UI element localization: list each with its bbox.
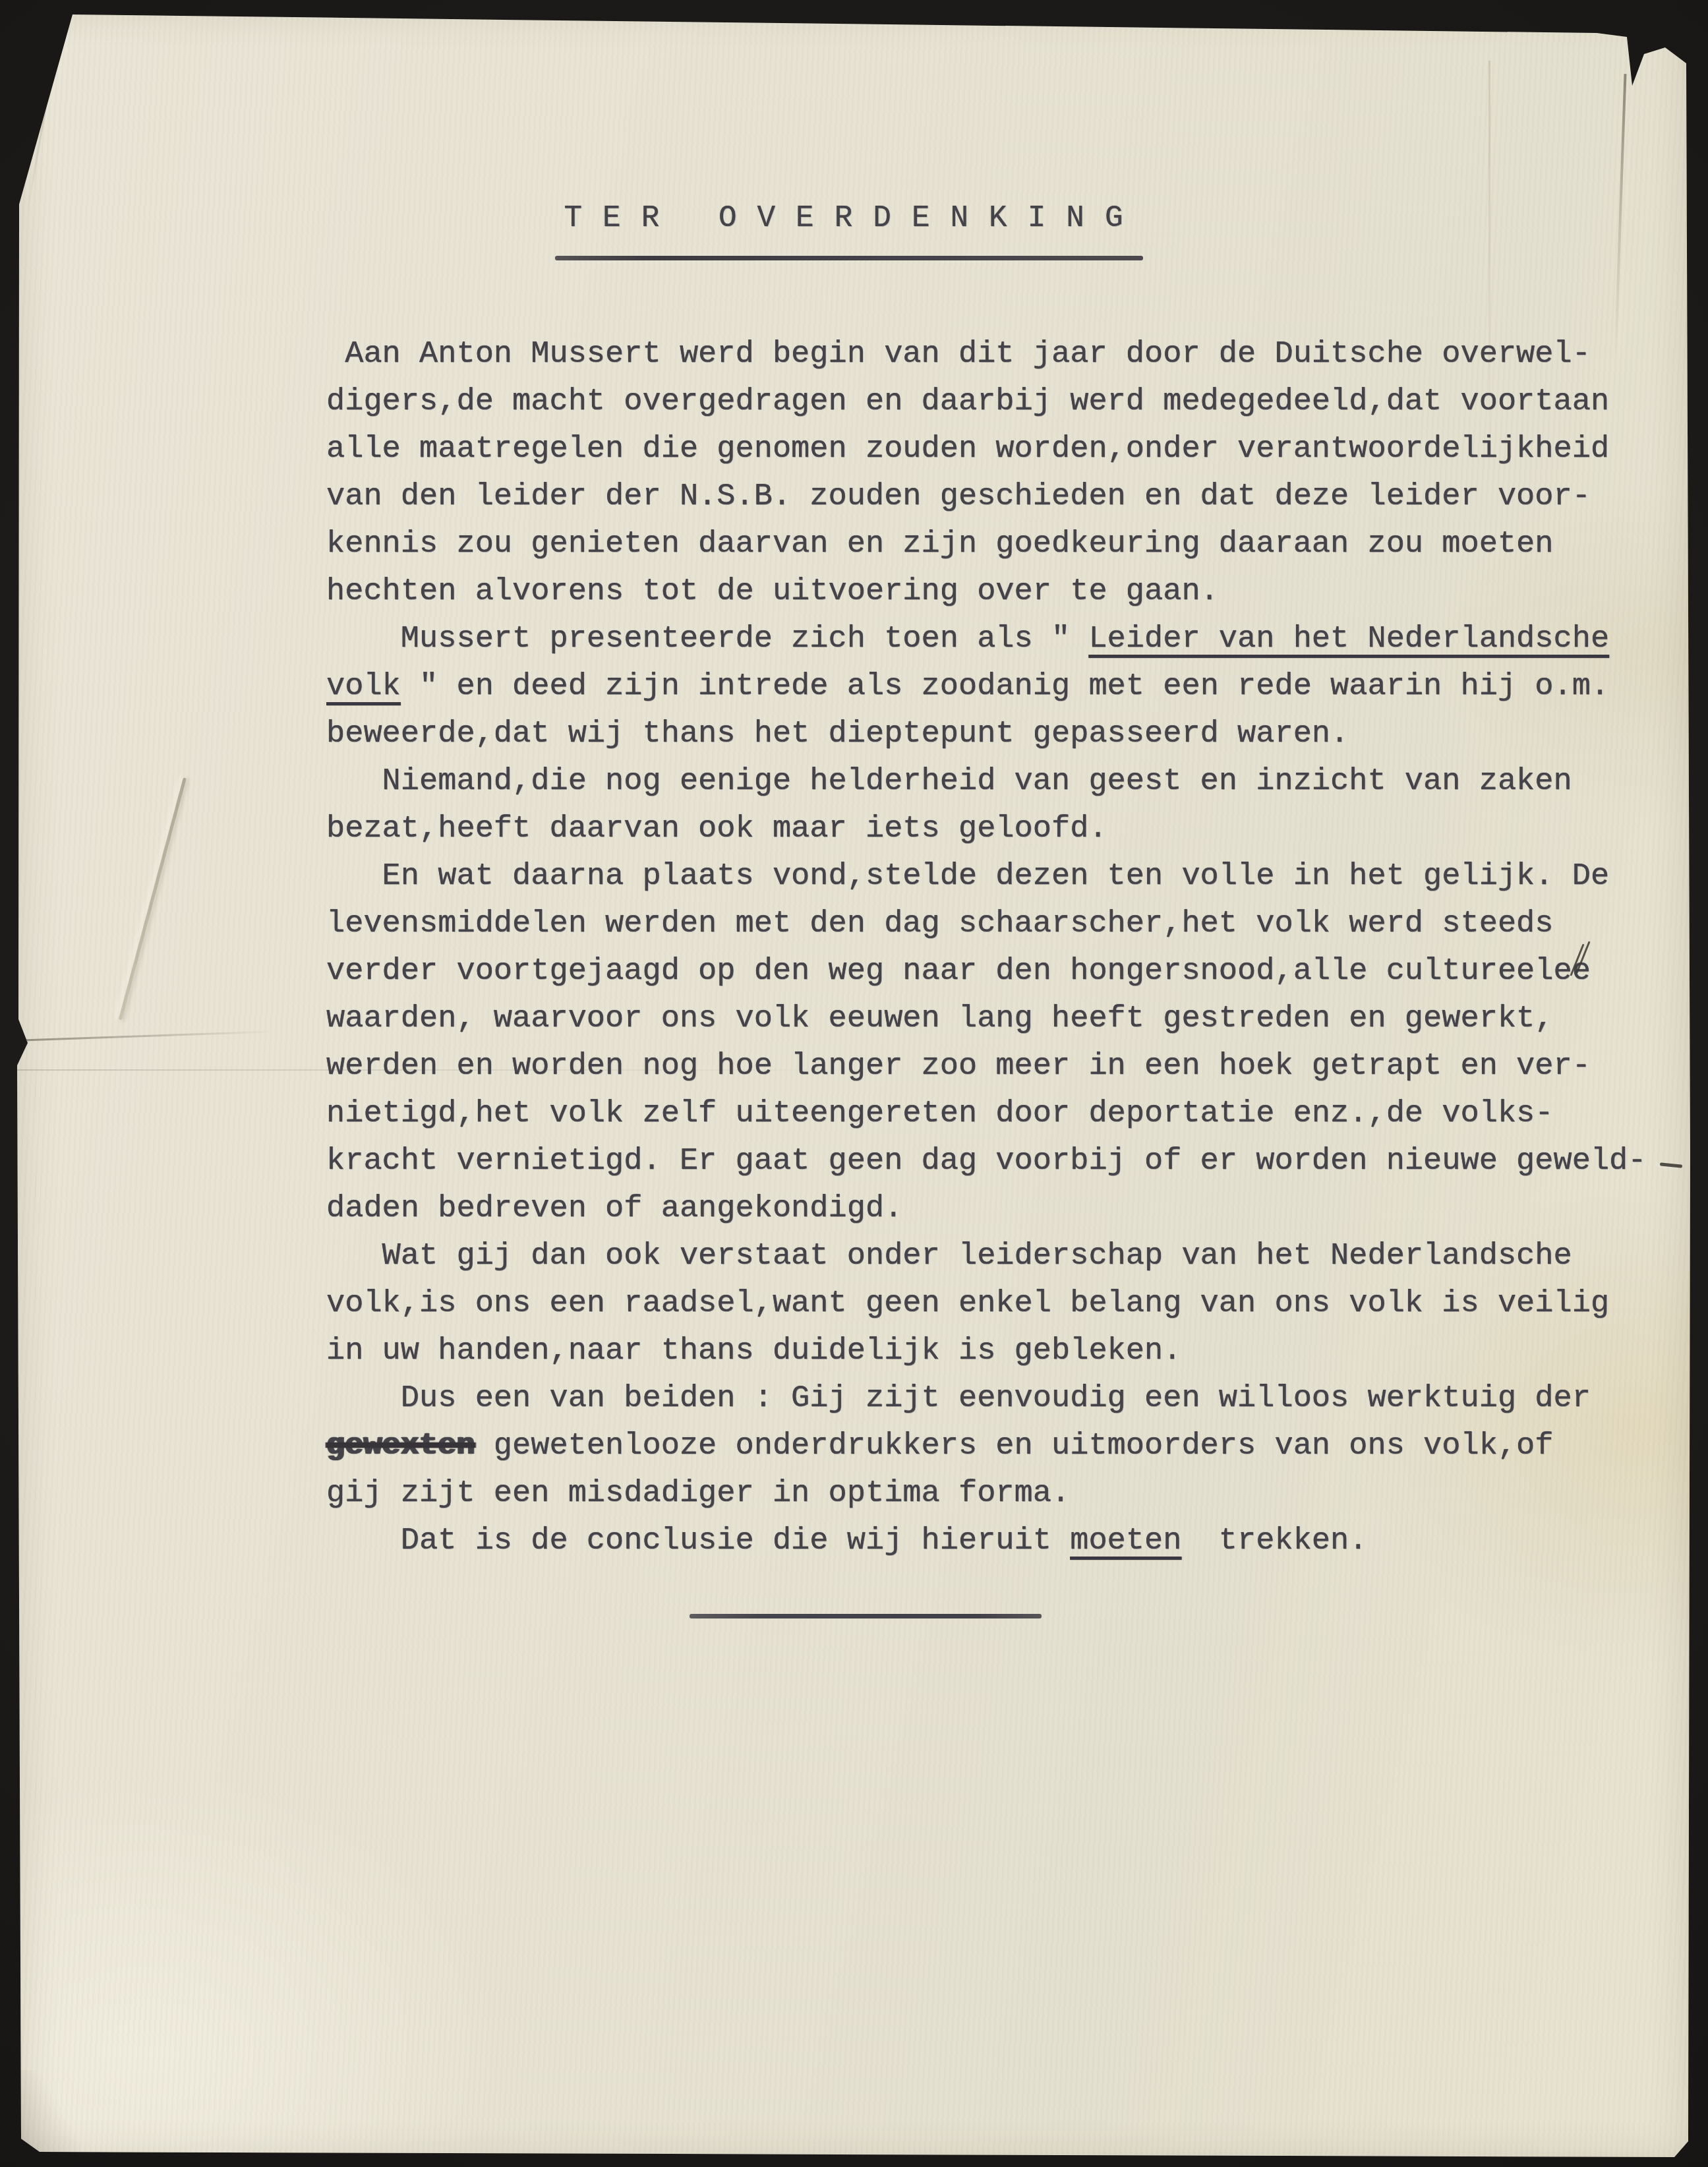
body-lines: Aan Anton Mussert werd begin van dit jaa… xyxy=(326,331,1697,1565)
body-line: waarden, waarvoor ons volk eeuwen lang h… xyxy=(326,995,1697,1043)
body-line: En wat daarna plaats vond,stelde dezen t… xyxy=(326,853,1697,901)
body-line: Mussert presenteerde zich toen als " Lei… xyxy=(326,616,1697,663)
document-page: TER OVERDENKING Aan Anton Mussert werd b… xyxy=(17,8,1690,2161)
text-segment-strikeout: gewexten xyxy=(326,1429,475,1464)
text-segment: En wat daarna plaats vond,stelde dezen t… xyxy=(382,859,1610,894)
paper-fold-bottom-left xyxy=(17,2070,80,2161)
paper-tear-top-right xyxy=(1614,74,1626,357)
body-line: volk " en deed zijn intrede als zoodanig… xyxy=(326,663,1697,711)
text-segment: alle maatregelen die genomen zouden word… xyxy=(326,432,1609,467)
paper-crease-top-left xyxy=(26,17,63,212)
body-line: werden en worden nog hoe langer zoo meer… xyxy=(326,1043,1697,1090)
text-segment-underline: volk xyxy=(326,669,401,704)
body-line: gij zijt een misdadiger in optima forma. xyxy=(326,1470,1697,1518)
text-segment: van den leider der N.S.B. zouden geschie… xyxy=(326,479,1591,514)
body-line: Niemand,die nog eenige helderheid van ge… xyxy=(326,758,1697,806)
body-line: in uw handen,naar thans duidelijk is geb… xyxy=(326,1328,1697,1375)
text-segment: Mussert presenteerde zich toen als " xyxy=(401,622,1089,657)
body-line: Wat gij dan ook verstaat onder leidersch… xyxy=(326,1233,1697,1280)
text-segment: Dat is de conclusie die wij hieruit xyxy=(401,1524,1070,1558)
text-segment: trekken. xyxy=(1181,1524,1367,1558)
body-line: kracht vernietigd. Er gaat geen dag voor… xyxy=(326,1138,1697,1185)
text-segment: beweerde,dat wij thans het dieptepunt ge… xyxy=(326,717,1349,752)
text-segment: Wat gij dan ook verstaat onder leidersch… xyxy=(382,1239,1572,1274)
text-segment: gij zijt een misdadiger in optima forma. xyxy=(326,1476,1070,1511)
paper-tear-left xyxy=(119,777,187,1020)
body-line: digers,de macht overgedragen en daarbij … xyxy=(326,378,1697,426)
body-line: kennis zou genieten daarvan en zijn goed… xyxy=(326,521,1697,568)
ink-stain xyxy=(1640,11,1686,37)
body-line: daden bedreven of aangekondigd. xyxy=(326,1185,1697,1233)
text-segment: " en deed zijn intrede als zoodanig met … xyxy=(401,669,1609,704)
text-segment: volk,is ons een raadsel,want geen enkel … xyxy=(326,1286,1609,1321)
text-segment-underline: Leider van het Nederlandsche xyxy=(1088,622,1609,657)
closing-rule xyxy=(690,1614,1042,1618)
body-line: Dat is de conclusie die wij hieruit moet… xyxy=(326,1518,1697,1565)
text-segment: Niemand,die nog eenige helderheid van ge… xyxy=(382,764,1572,799)
text-segment: nietigd,het volk zelf uiteengereten door… xyxy=(326,1096,1554,1131)
text-segment: verder voortgejaagd op den weg naar den … xyxy=(326,954,1572,989)
body-line: beweerde,dat wij thans het dieptepunt ge… xyxy=(326,711,1697,758)
text-segment: kracht vernietigd. Er gaat geen dag voor… xyxy=(326,1144,1647,1179)
text-segment-slashed: e xyxy=(1572,948,1591,995)
text-segment-underline: moeten xyxy=(1070,1524,1181,1558)
body-line: Aan Anton Mussert werd begin van dit jaa… xyxy=(326,331,1697,378)
text-segment: digers,de macht overgedragen en daarbij … xyxy=(326,384,1609,419)
body-line: Dus een van beiden : Gij zijt eenvoudig … xyxy=(326,1375,1697,1423)
body-line: alle maatregelen die genomen zouden word… xyxy=(326,426,1697,473)
body-line: volk,is ons een raadsel,want geen enkel … xyxy=(326,1280,1697,1328)
body-line: hechten alvorens tot de uitvoering over … xyxy=(326,568,1697,616)
text-segment: hechten alvorens tot de uitvoering over … xyxy=(326,574,1219,609)
text-segment: waarden, waarvoor ons volk eeuwen lang h… xyxy=(326,1001,1554,1036)
text-segment: in uw handen,naar thans duidelijk is geb… xyxy=(326,1334,1181,1369)
body-line: bezat,heeft daarvan ook maar iets geloof… xyxy=(326,806,1697,853)
body-line: gewexten gewetenlooze onderdrukkers en u… xyxy=(326,1423,1697,1470)
text-segment: bezat,heeft daarvan ook maar iets geloof… xyxy=(326,812,1107,846)
page-title: TER OVERDENKING xyxy=(564,201,1143,235)
text-segment: Aan Anton Mussert werd begin van dit jaa… xyxy=(345,337,1591,372)
text-segment: gewetenlooze onderdrukkers en uitmoorder… xyxy=(475,1429,1554,1464)
text-segment: kennis zou genieten daarvan en zijn goed… xyxy=(326,527,1554,562)
body-line: nietigd,het volk zelf uiteengereten door… xyxy=(326,1090,1697,1138)
body-line: levensmiddelen werden met den dag schaar… xyxy=(326,901,1697,948)
body-line: verder voortgejaagd op den weg naar den … xyxy=(326,948,1697,995)
body-line: van den leider der N.S.B. zouden geschie… xyxy=(326,473,1697,521)
scan-backdrop: { "colors": { "backdrop": "#1b1918", "pa… xyxy=(0,0,1708,2167)
text-segment: Dus een van beiden : Gij zijt eenvoudig … xyxy=(401,1381,1591,1416)
title-underline xyxy=(555,256,1143,260)
text-segment: levensmiddelen werden met den dag schaar… xyxy=(326,906,1554,941)
paper-fold-left xyxy=(17,1030,274,1042)
text-segment: daden bedreven of aangekondigd. xyxy=(326,1191,902,1226)
text-segment: werden en worden nog hoe langer zoo meer… xyxy=(326,1049,1591,1084)
